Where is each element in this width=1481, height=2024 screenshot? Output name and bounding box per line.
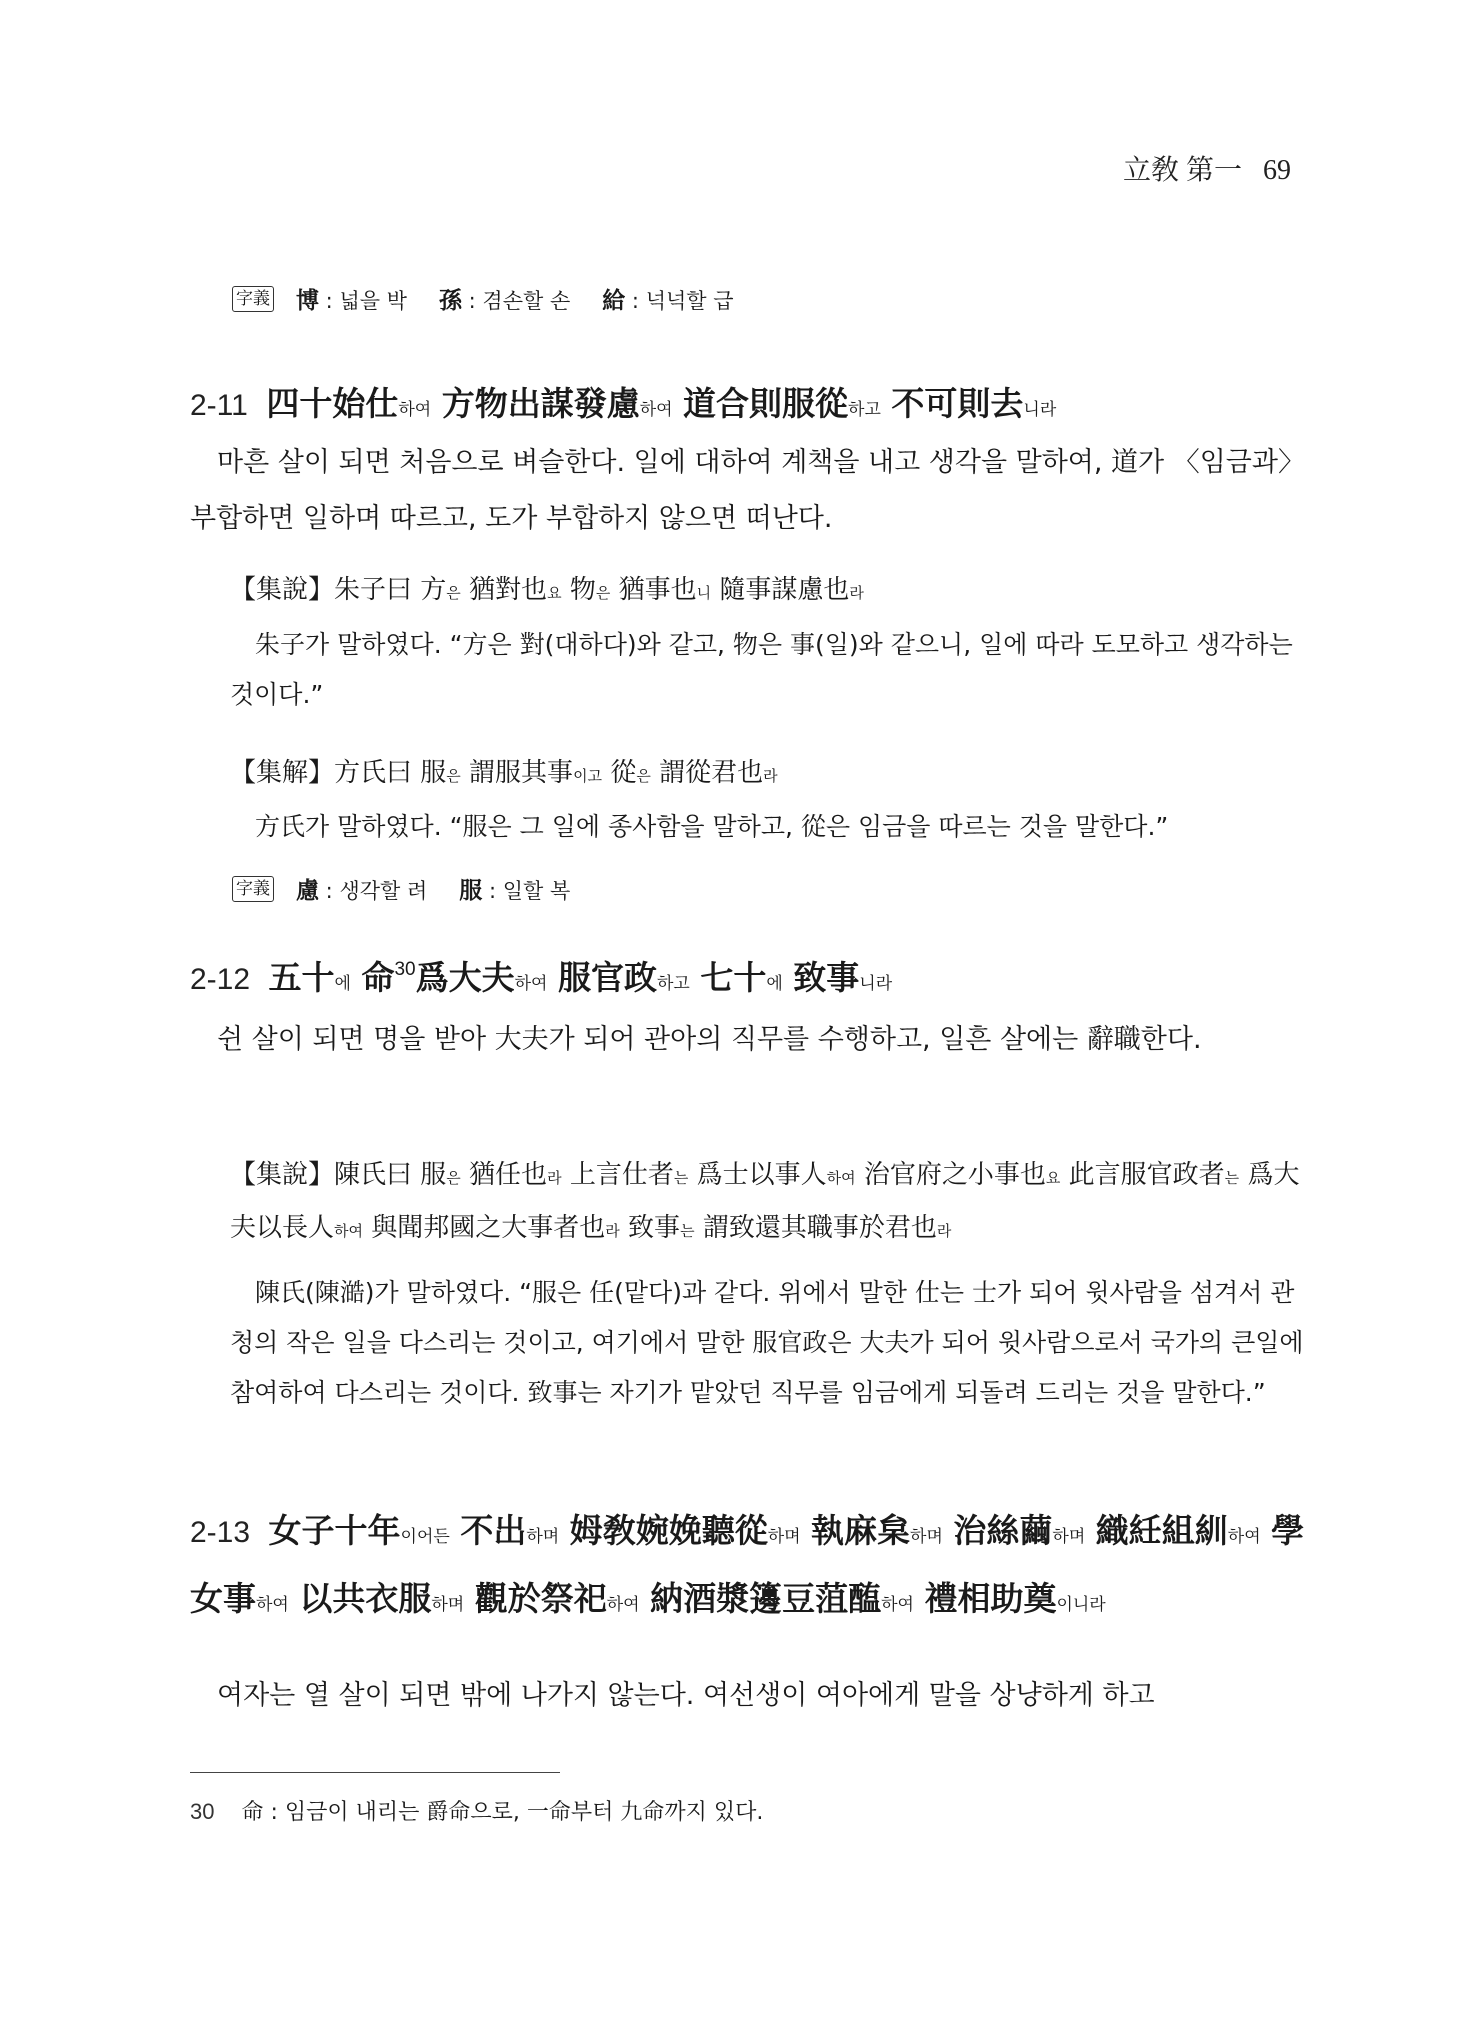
commentary-2-12-jiyshuo: 【集說】陳氏曰 服은 猶任也라 上言仕者는 爲士以事人하여 治官府之小事也요 此… xyxy=(230,1150,1310,1256)
footnote-divider xyxy=(190,1772,560,1773)
running-header: 立敎 第一 69 xyxy=(1123,148,1291,188)
verse-number: 2-11 xyxy=(190,389,248,422)
glossary-label: 字義 xyxy=(232,286,274,312)
verse-number: 2-13 xyxy=(190,1516,250,1549)
glossary-2-11: 字義 慮 : 생각할 려 服 : 일할 복 xyxy=(232,872,592,905)
footnote-ref[interactable]: 30 xyxy=(394,959,415,980)
commentary-2-11-jijie-translation: 方氏가 말하였다. “服은 그 일에 종사함을 말하고, 從은 임금을 따르는 … xyxy=(230,802,1310,852)
glossary-entry: 慮 : 생각할 려 xyxy=(296,872,427,905)
verse-2-11: 2-11 四十始仕하여 方物出謀發慮하여 道合則服從하고 不可則去니라 xyxy=(190,378,1056,425)
glossary-entry: 服 : 일할 복 xyxy=(459,872,570,905)
verse-2-12: 2-12 五十에 命30爲大夫하여 服官政하고 七十에 致事니라 xyxy=(190,952,892,999)
footnote-text: 命 : 임금이 내리는 爵命으로, 一命부터 九命까지 있다. xyxy=(241,1800,763,1825)
footnote: 30 命 : 임금이 내리는 爵命으로, 一命부터 九命까지 있다. xyxy=(190,1795,763,1826)
glossary-entry: 博 : 넓을 박 xyxy=(296,282,407,315)
running-title: 立敎 第一 xyxy=(1123,155,1242,186)
verse-2-13-translation: 여자는 열 살이 되면 밖에 나가지 않는다. 여선생이 여아에게 말을 상냥하… xyxy=(190,1668,1310,1724)
glossary-top: 字義 博 : 넓을 박 孫 : 겸손할 손 給 : 넉넉할 급 xyxy=(232,282,756,315)
glossary-entry: 孫 : 겸손할 손 xyxy=(439,282,570,315)
commentary-2-12-jiyshuo-translation: 陳氏(陳澔)가 말하였다. “服은 任(맡다)과 같다. 위에서 말한 仕는 士… xyxy=(230,1268,1310,1418)
footnote-number: 30 xyxy=(190,1799,214,1824)
glossary-entry: 給 : 넉넉할 급 xyxy=(602,282,733,315)
commentary-2-11-jiyshuo-translation: 朱子가 말하였다. “方은 對(대하다)와 같고, 物은 事(일)와 같으니, … xyxy=(230,620,1310,720)
page-number: 69 xyxy=(1263,155,1291,186)
commentary-2-11-jijie: 【集解】方氏曰 服은 謂服其事이고 從은 謂從君也라 xyxy=(230,748,1310,801)
glossary-label: 字義 xyxy=(232,876,274,902)
verse-number: 2-12 xyxy=(190,963,250,996)
commentary-2-11-jiyshuo: 【集說】朱子曰 方은 猶對也요 物은 猶事也니 隨事謀慮也라 xyxy=(230,565,1310,618)
verse-2-12-translation: 쉰 살이 되면 명을 받아 大夫가 되어 관아의 직무를 수행하고, 일흔 살에… xyxy=(190,1012,1310,1068)
verse-2-13: 2-13 女子十年이어든 不出하며 姆敎婉娩聽從하며 執麻枲하며 治絲繭하며 織… xyxy=(190,1500,1320,1636)
verse-2-11-translation: 마흔 살이 되면 처음으로 벼슬한다. 일에 대하여 계책을 내고 생각을 말하… xyxy=(190,435,1310,547)
